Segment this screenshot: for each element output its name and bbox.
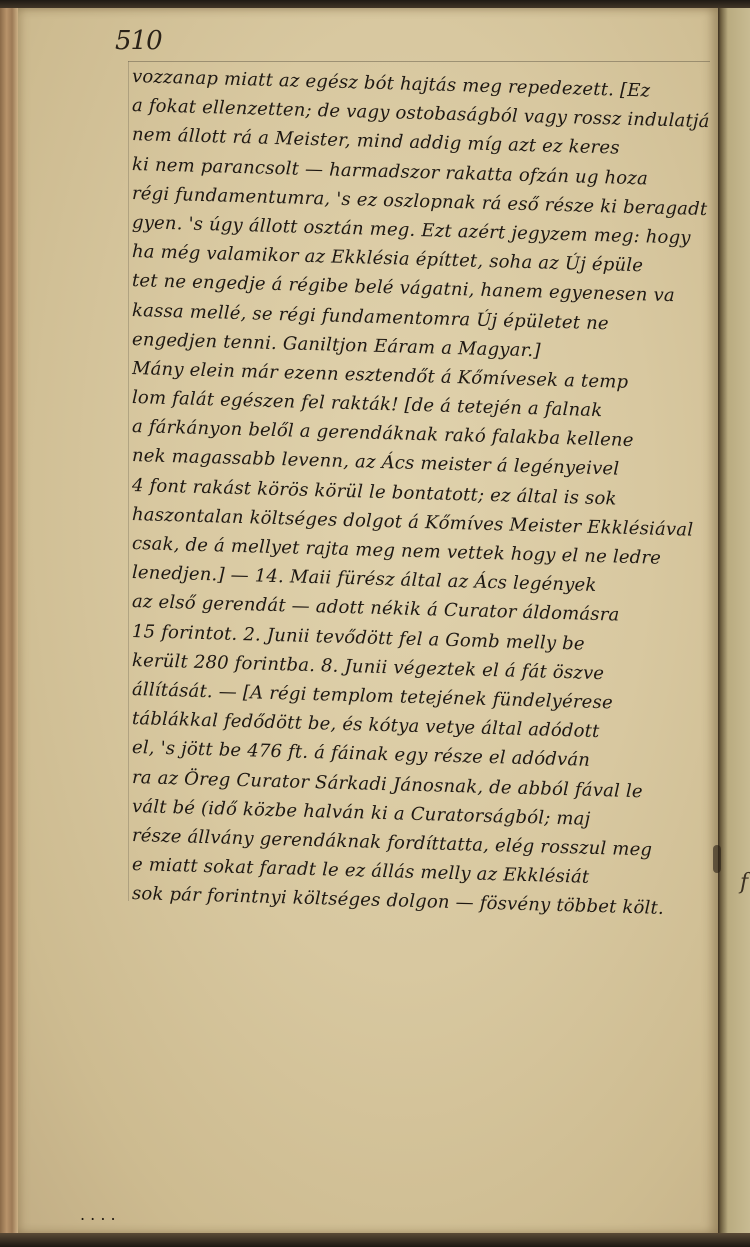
bottom-shadow (0, 1233, 750, 1247)
handwritten-text-block: vozzanap miatt az egész bót hajtás meg r… (132, 62, 710, 908)
page-number: 510 (115, 26, 162, 56)
ruled-margin-line (128, 61, 129, 901)
ink-blot (713, 845, 721, 873)
facing-page-text: f (740, 870, 748, 895)
facing-page-edge (718, 8, 750, 1234)
ink-specks: . . . . (80, 1205, 116, 1224)
